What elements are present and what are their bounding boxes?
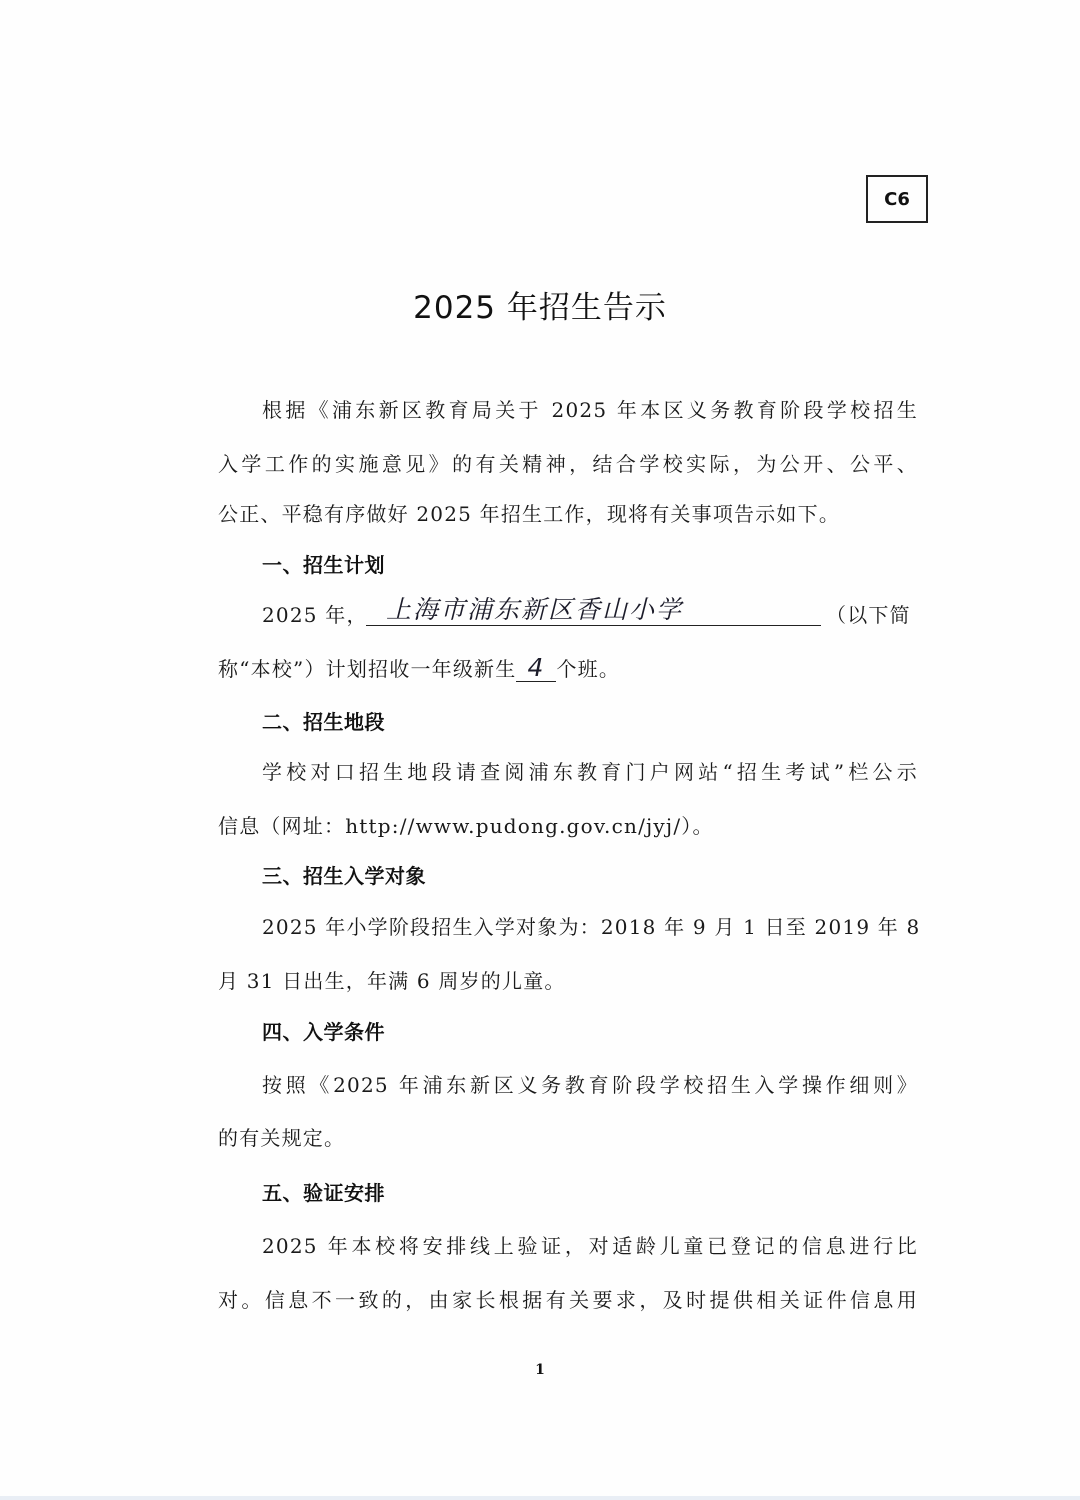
document-code-box: C6 (866, 175, 928, 223)
page-number: 1 (0, 1362, 1080, 1378)
class-count-handwritten: 4 (528, 653, 546, 682)
section-heading-admission-conditions: 四、入学条件 (262, 1018, 385, 1046)
conditions-line-2: 的有关规定。 (218, 1124, 918, 1152)
section-heading-verification: 五、验证安排 (262, 1179, 385, 1207)
section-heading-enrollment-plan: 一、招生计划 (262, 551, 385, 579)
zone-line-1: 学校对口招生地段请查阅浦东教育门户网站“招生考试”栏公示 (262, 758, 918, 786)
section-heading-enrollment-target: 三、招生入学对象 (262, 862, 426, 890)
conditions-line-1: 按照《2025 年浦东新区义务教育阶段学校招生入学操作细则》 (262, 1071, 918, 1099)
intro-line-2: 入学工作的实施意见》的有关精神，结合学校实际，为公开、公平、 (218, 450, 918, 478)
intro-line-1: 根据《浦东新区教育局关于 2025 年本区义务教育阶段学校招生 (262, 396, 918, 424)
page-bottom-edge (0, 1496, 1080, 1500)
class-count-field: 4 (516, 656, 556, 682)
section-heading-enrollment-zone: 二、招生地段 (262, 708, 385, 736)
target-line-2: 月 31 日出生，年满 6 周岁的儿童。 (218, 967, 918, 995)
target-line-1: 2025 年小学阶段招生入学对象为：2018 年 9 月 1 日至 2019 年… (262, 913, 918, 941)
school-name-handwritten: 上海市浦东新区香山小学 (386, 595, 683, 624)
intro-line-3: 公正、平稳有序做好 2025 年招生工作，现将有关事项告示如下。 (218, 500, 918, 528)
plan-line2-prefix: 称“本校”）计划招收一年级新生 (218, 657, 516, 681)
verification-line-1: 2025 年本校将安排线上验证，对适龄儿童已登记的信息进行比 (262, 1232, 918, 1260)
school-name-field: 上海市浦东新区香山小学 (366, 590, 821, 626)
plan-year-prefix: 2025 年， (262, 601, 368, 629)
verification-line-2: 对。信息不一致的，由家长根据有关要求，及时提供相关证件信息用 (218, 1286, 918, 1314)
page-title: 2025 年招生告示 (0, 282, 1080, 327)
plan-line2-suffix: 个班。 (556, 657, 620, 681)
zone-line-2: 信息（网址：http://www.pudong.gov.cn/jyj/）。 (218, 812, 918, 840)
document-page: C6 2025 年招生告示 根据《浦东新区教育局关于 2025 年本区义务教育阶… (0, 0, 1080, 1500)
plan-line1-suffix: （以下简 (826, 601, 918, 629)
plan-line-2: 称“本校”）计划招收一年级新生4个班。 (218, 655, 918, 683)
